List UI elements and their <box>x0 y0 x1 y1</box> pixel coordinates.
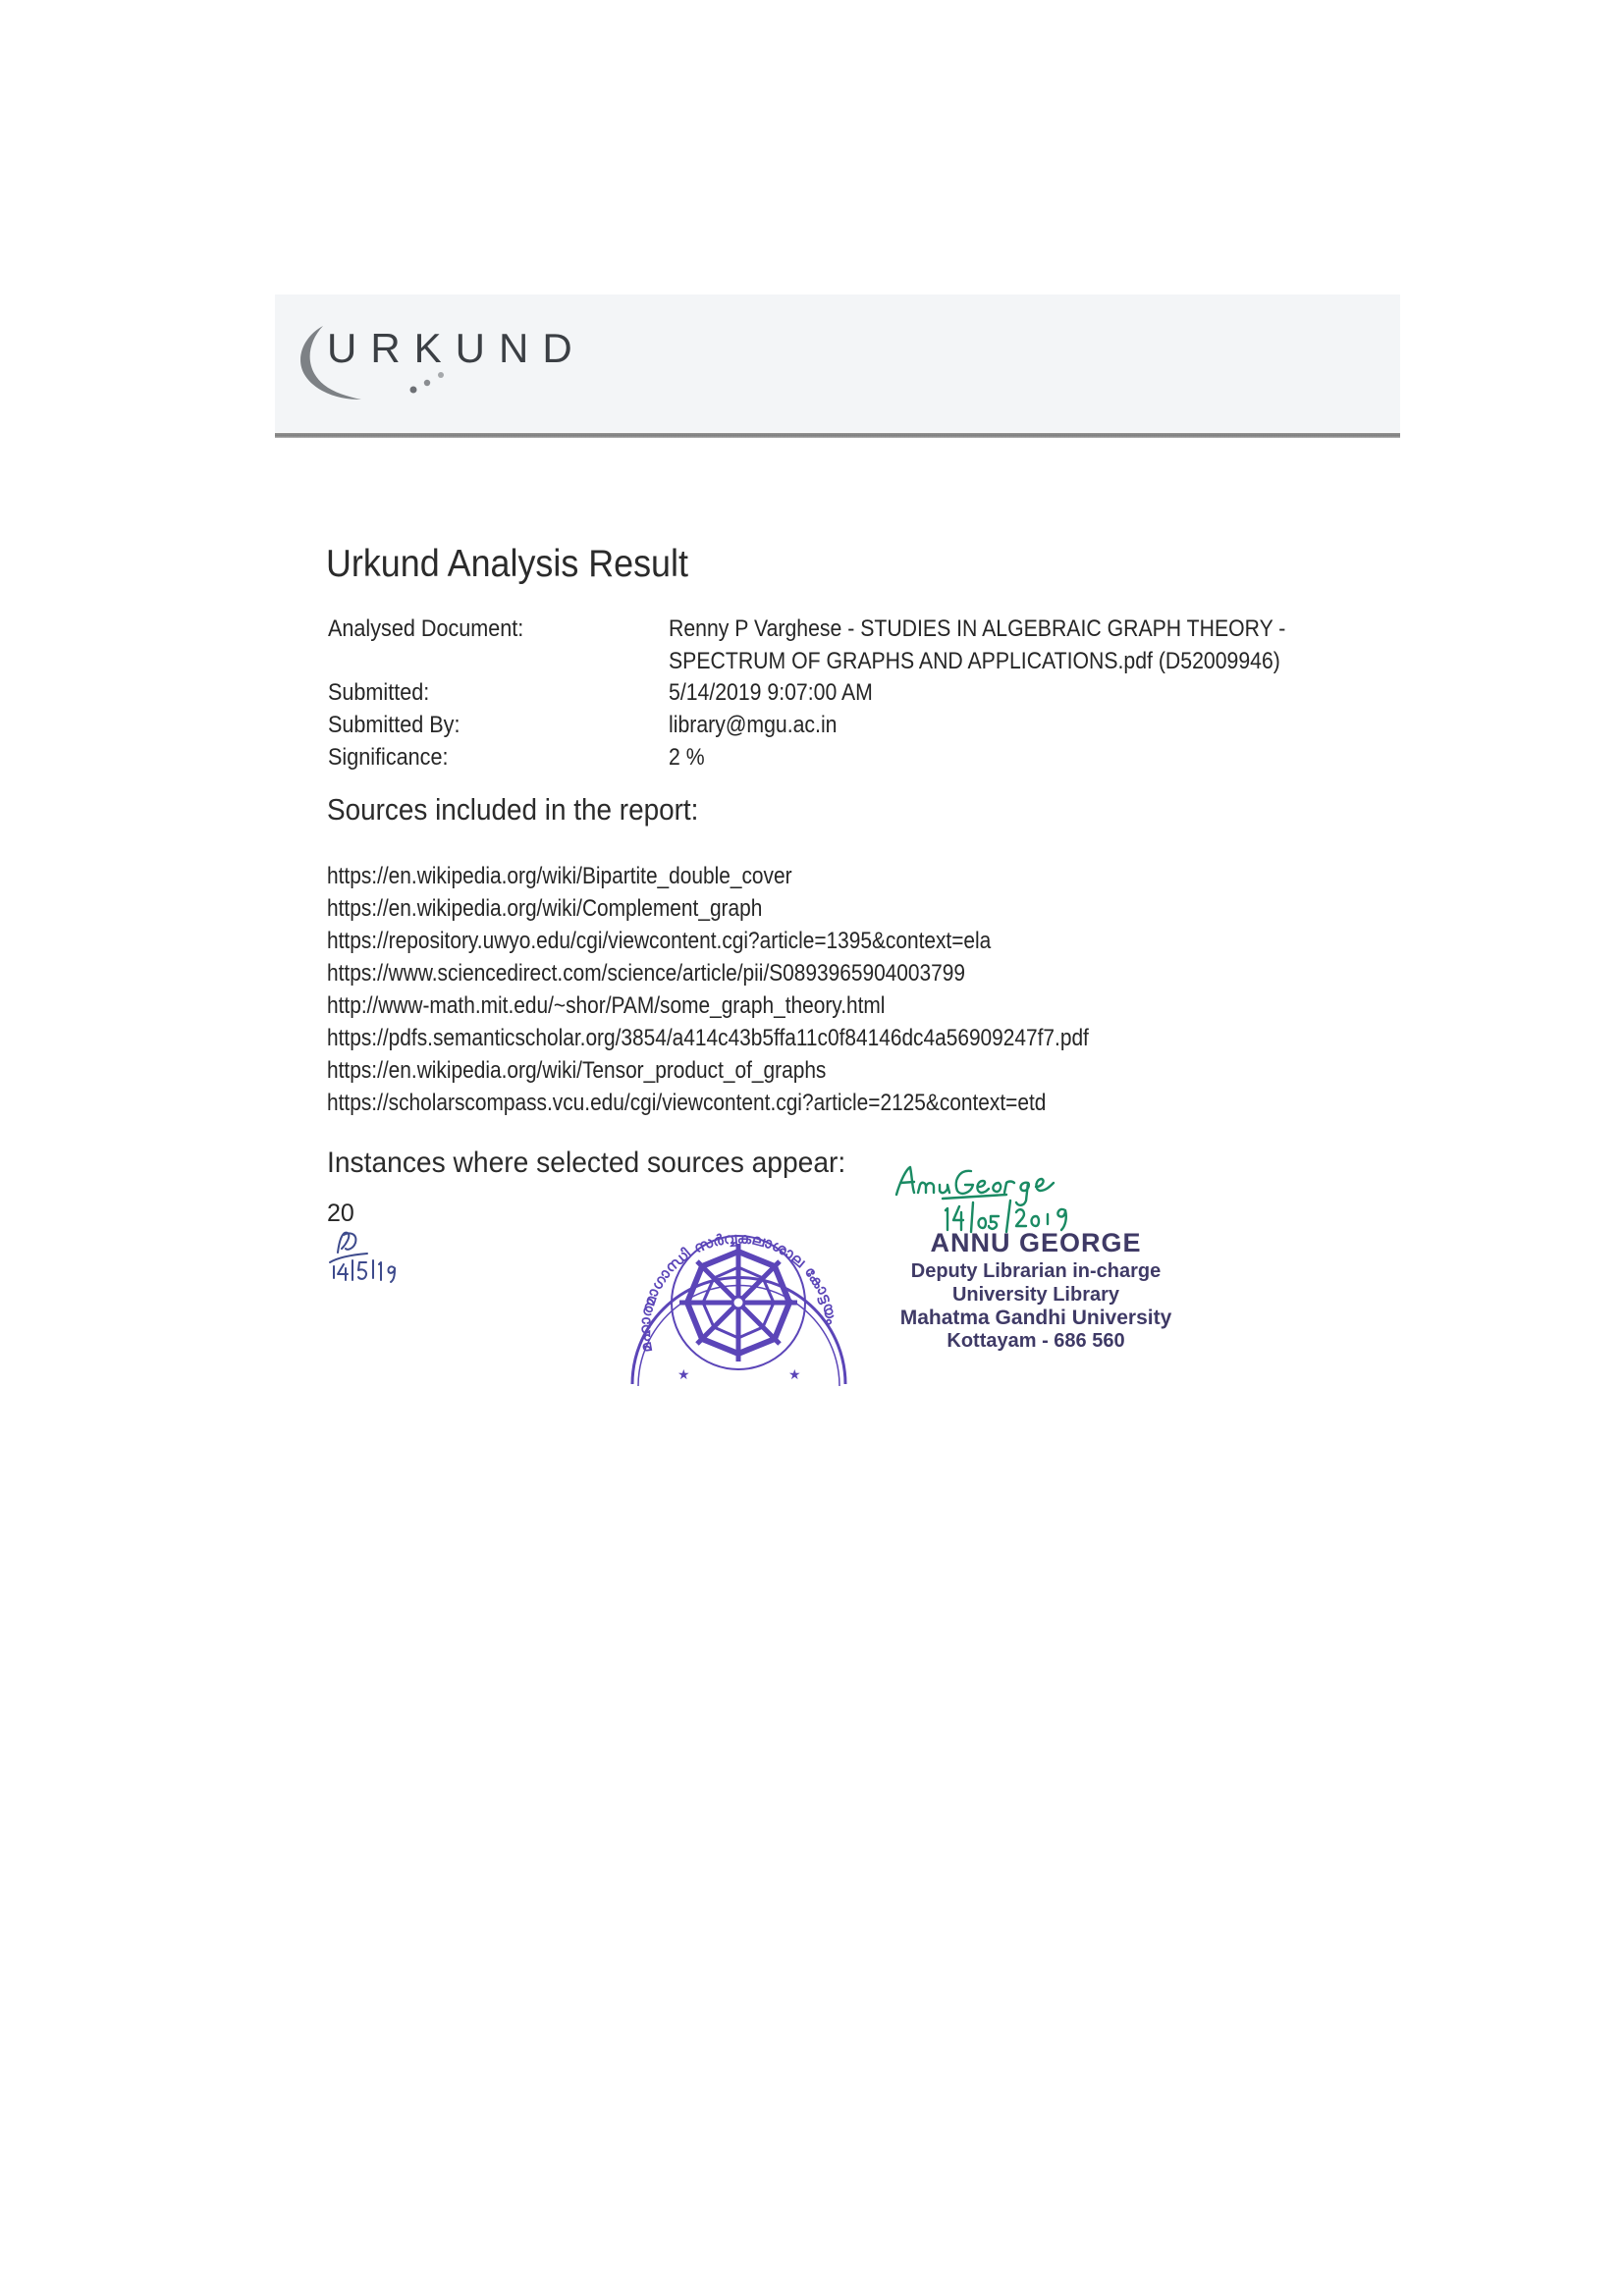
field-value-submitted-by: library@mgu.ac.in <box>669 709 859 741</box>
field-label-submitted: Submitted: <box>328 676 441 709</box>
source-link[interactable]: https://repository.uwyo.edu/cgi/viewcont… <box>327 925 1090 957</box>
source-link[interactable]: https://www.sciencedirect.com/science/ar… <box>327 957 1060 989</box>
source-link[interactable]: https://en.wikipedia.org/wiki/Bipartite_… <box>327 860 861 892</box>
field-label-analysed-document: Analysed Document: <box>328 613 545 645</box>
handwritten-initials-icon <box>322 1227 420 1286</box>
svg-text:★: ★ <box>788 1366 801 1382</box>
header-divider <box>275 433 1400 438</box>
urkund-logo: URKUND <box>291 312 644 410</box>
source-link[interactable]: https://en.wikipedia.org/wiki/Complement… <box>327 892 828 925</box>
source-link[interactable]: https://pdfs.semanticscholar.org/3854/a4… <box>327 1022 1203 1054</box>
university-seal-icon: മഹാത്മാഗാന്ധി സർവ്വകലാശാല കോട്ടയം ★ ★ <box>619 1193 859 1404</box>
source-link[interactable]: https://scholarscompass.vcu.edu/cgi/view… <box>327 1087 1154 1119</box>
page-title: Urkund Analysis Result <box>326 543 720 586</box>
instances-count: 20 <box>327 1200 354 1228</box>
sources-heading: Sources included in the report: <box>327 792 739 828</box>
signatory-name: ANNU GEORGE <box>903 1228 1168 1258</box>
svg-text:★: ★ <box>677 1366 690 1382</box>
signatory-department: University Library <box>884 1284 1188 1307</box>
signatory-institution: Mahatma Gandhi University <box>884 1307 1188 1330</box>
instances-heading: Instances where selected sources appear: <box>327 1147 879 1180</box>
source-link[interactable]: http://www-math.mit.edu/~shor/PAM/some_g… <box>327 989 968 1022</box>
source-link[interactable]: https://en.wikipedia.org/wiki/Tensor_pro… <box>327 1054 900 1087</box>
signatory-title: Deputy Librarian in-charge <box>884 1260 1188 1283</box>
field-label-significance: Significance: <box>328 741 461 774</box>
field-value-submitted: 5/14/2019 9:07:00 AM <box>669 676 899 709</box>
field-value-analysed-document-line2: SPECTRUM OF GRAPHS AND APPLICATIONS.pdf … <box>669 645 1360 677</box>
field-value-significance: 2 % <box>669 741 709 774</box>
logo-wordmark: URKUND <box>327 328 586 369</box>
signatory-address: Kottayam - 686 560 <box>884 1330 1188 1353</box>
field-value-analysed-document-line1: Renny P Varghese - STUDIES IN ALGEBRAIC … <box>669 613 1366 645</box>
page-title-text: Urkund Analysis Result <box>326 543 688 586</box>
field-label-submitted-by: Submitted By: <box>328 709 474 741</box>
